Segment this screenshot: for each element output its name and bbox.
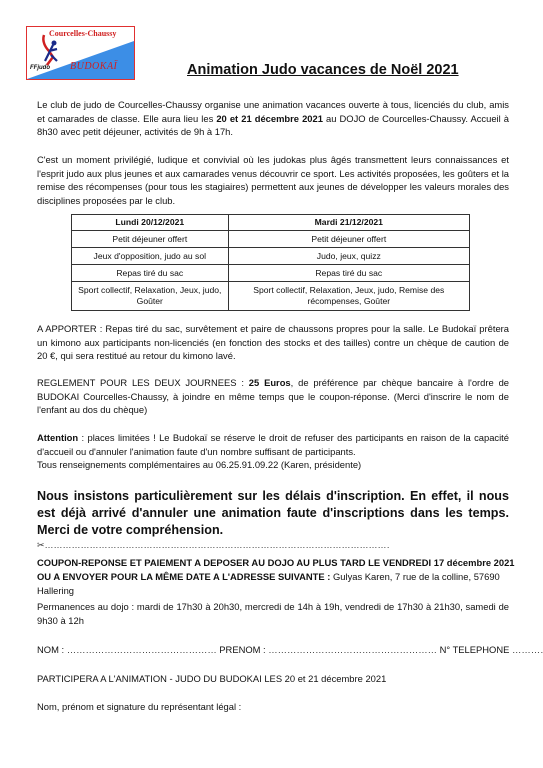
- nom-field[interactable]: …………………………………………: [67, 644, 217, 655]
- contact-line: Tous renseignements complémentaires au 0…: [37, 459, 361, 470]
- telephone-label: N° TELEPHONE: [437, 644, 512, 655]
- apporter-paragraph: A APPORTER : Repas tiré du sac, survêtem…: [37, 322, 509, 363]
- attention-text: : places limitées ! Le Budokaï se réserv…: [37, 432, 509, 457]
- signature-label: Nom, prénom et signature du représentant…: [37, 701, 241, 712]
- table-cell: Sport collectif, Relaxation, Jeux, judo,…: [72, 282, 229, 311]
- logo-club-name: Courcelles-Chaussy: [49, 29, 116, 38]
- nom-label: NOM :: [37, 644, 67, 655]
- logo-budokai: BUDOKAÏ: [70, 61, 117, 72]
- intro-dates: 20 et 21 décembre 2021: [216, 113, 323, 124]
- scissors-cut-line: ✂…………………………………………………………………………………………………………: [37, 540, 389, 551]
- table-cell: Judo, jeux, quizz: [228, 248, 469, 265]
- table-row: Sport collectif, Relaxation, Jeux, judo,…: [72, 282, 470, 311]
- prenom-label: PRENOM :: [217, 644, 269, 655]
- table-cell: Repas tiré du sac: [72, 265, 229, 282]
- logo-ffjudo: FFjudo: [30, 65, 50, 71]
- reglement-paragraph: REGLEMENT POUR LES DEUX JOURNEES : 25 Eu…: [37, 376, 509, 417]
- prenom-field[interactable]: ………………………………………………: [268, 644, 437, 655]
- page-title: Animation Judo vacances de Noël 2021: [187, 62, 459, 78]
- schedule-header-row: Lundi 20/12/2021 Mardi 21/12/2021: [72, 215, 470, 231]
- description-paragraph: C'est un moment privilégié, ludique et c…: [37, 153, 509, 207]
- participera-line: PARTICIPERA A L'ANIMATION - JUDO DU BUDO…: [37, 673, 386, 684]
- coupon-instructions: COUPON-REPONSE ET PAIEMENT A DEPOSER AU …: [37, 556, 517, 598]
- registration-warning: Nous insistons particulièrement sur les …: [37, 488, 509, 539]
- header-monday: Lundi 20/12/2021: [72, 215, 229, 231]
- table-row: Jeux d'opposition, judo au sol Judo, jeu…: [72, 248, 470, 265]
- table-row: Repas tiré du sac Repas tiré du sac: [72, 265, 470, 282]
- table-cell: Petit déjeuner offert: [72, 231, 229, 248]
- table-cell: Sport collectif, Relaxation, Jeux, judo,…: [228, 282, 469, 311]
- form-fields-row: NOM : ………………………………………… PRENOM : ………………………: [37, 644, 543, 655]
- table-cell: Petit déjeuner offert: [228, 231, 469, 248]
- schedule-table: Lundi 20/12/2021 Mardi 21/12/2021 Petit …: [71, 214, 470, 311]
- reglement-label: REGLEMENT POUR LES DEUX JOURNEES :: [37, 377, 249, 388]
- table-cell: Repas tiré du sac: [228, 265, 469, 282]
- club-logo: Courcelles-Chaussy FFjudo BUDOKAÏ: [26, 26, 135, 80]
- table-cell: Jeux d'opposition, judo au sol: [72, 248, 229, 265]
- telephone-field[interactable]: ……………………………………: [512, 644, 543, 655]
- header-tuesday: Mardi 21/12/2021: [228, 215, 469, 231]
- table-row: Petit déjeuner offert Petit déjeuner off…: [72, 231, 470, 248]
- intro-paragraph: Le club de judo de Courcelles-Chaussy or…: [37, 98, 509, 139]
- attention-paragraph: Attention : places limitées ! Le Budokaï…: [37, 431, 509, 472]
- attention-label: Attention: [37, 432, 78, 443]
- reglement-amount: 25 Euros: [249, 377, 291, 388]
- permanences-paragraph: Permanences au dojo : mardi de 17h30 à 2…: [37, 600, 509, 627]
